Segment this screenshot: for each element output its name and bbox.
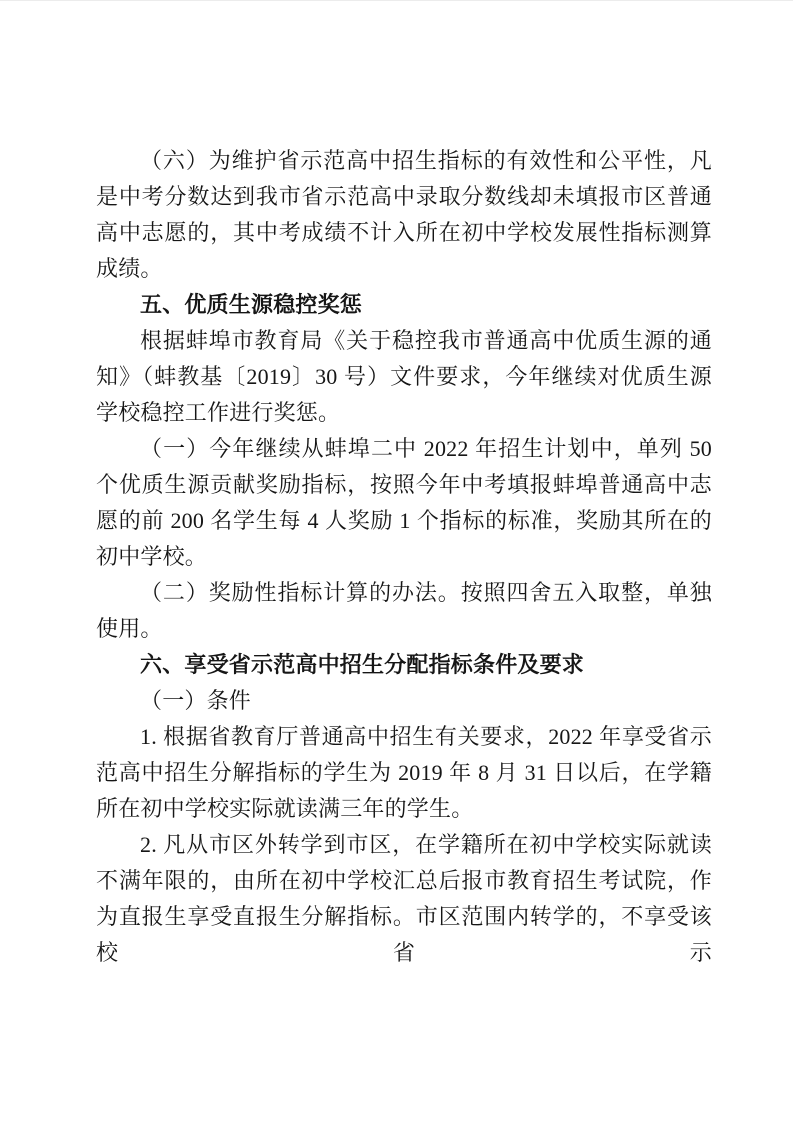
paragraph: 2. 凡从市区外转学到市区，在学籍所在初中学校实际就读不满年限的，由所在初中学校… bbox=[96, 827, 712, 971]
section-heading: 六、享受省示范高中招生分配指标条件及要求 bbox=[96, 647, 712, 683]
paragraph: （一）条件 bbox=[96, 683, 712, 719]
paragraph: （一）今年继续从蚌埠二中 2022 年招生计划中，单列 50 个优质生源贡献奖励… bbox=[96, 431, 712, 575]
document-page: （六）为维护省示范高中招生指标的有效性和公平性，凡是中考分数达到我市省示范高中录… bbox=[0, 0, 793, 1122]
paragraph: 1. 根据省教育厅普通高中招生有关要求，2022 年享受省示范高中招生分解指标的… bbox=[96, 719, 712, 827]
paragraph: （二）奖励性指标计算的办法。按照四舍五入取整，单独使用。 bbox=[96, 575, 712, 647]
paragraph: （六）为维护省示范高中招生指标的有效性和公平性，凡是中考分数达到我市省示范高中录… bbox=[96, 143, 712, 287]
section-heading: 五、优质生源稳控奖惩 bbox=[96, 287, 712, 323]
paragraph: 根据蚌埠市教育局《关于稳控我市普通高中优质生源的通知》（蚌教基〔2019〕30 … bbox=[96, 323, 712, 431]
document-body: （六）为维护省示范高中招生指标的有效性和公平性，凡是中考分数达到我市省示范高中录… bbox=[96, 143, 712, 971]
